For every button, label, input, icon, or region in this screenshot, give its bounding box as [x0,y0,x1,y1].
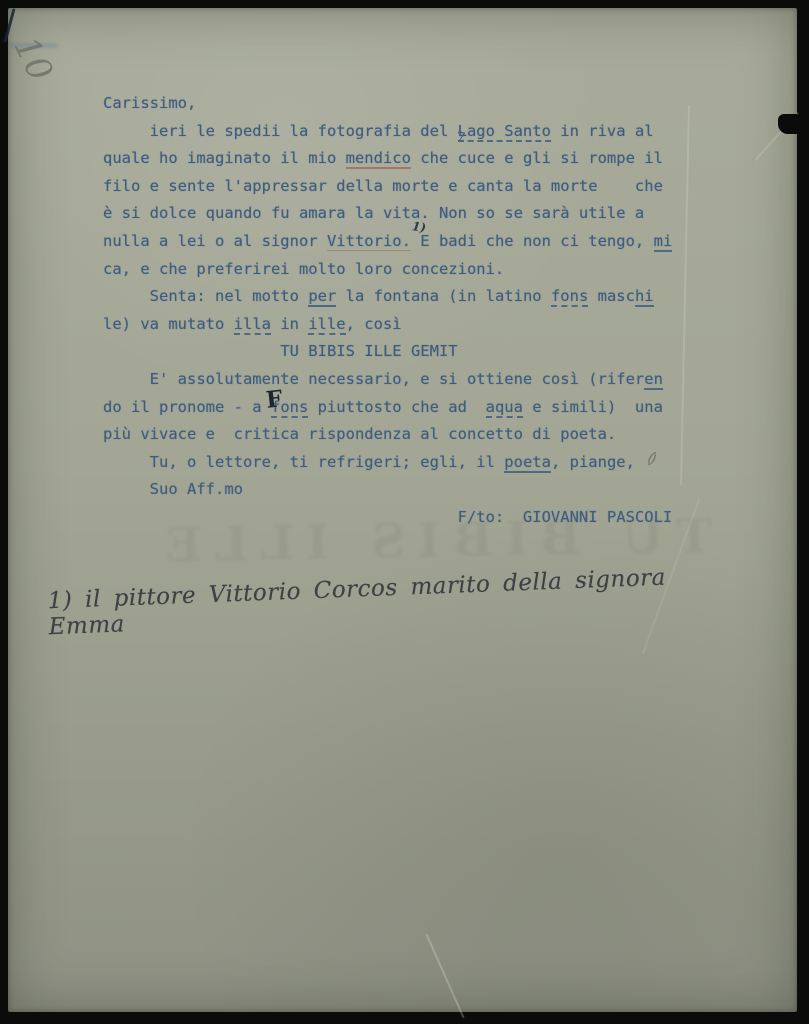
letter-line: quale ho imaginato il mio mendico che cu… [103,145,672,173]
footnote-marker-superscript: 1) [411,219,427,235]
paper-scratch [680,105,689,485]
letter-paper: TU BIBIS ILLE Carissimo, ieri le spedii … [8,8,797,1012]
letter-line: filo e sente l'appressar della morte e c… [103,173,672,201]
typed-letter-body: Carissimo, ieri le spedii la fotografia … [103,90,672,532]
letter-line: più vivace e critica rispondenza al conc… [103,421,672,449]
scanned-letter-page: TU BIBIS ILLE Carissimo, ieri le spedii … [0,0,809,1024]
letter-line: do il pronome - a fons piuttosto che ad … [103,394,672,422]
fons-capital-f-correction: F [265,385,284,414]
letter-line: E' assolutamente necessario, e si ottien… [103,366,672,394]
letter-line: TU BIBIS ILLE GEMIT [103,338,672,366]
letter-line: è si dolce quando fu amara la vita. Non … [103,200,672,228]
ink-smudge [8,43,58,48]
letter-line: Tu, o lettore, ti refrigeri; egli, il po… [103,449,672,477]
letter-line: ca, e che preferirei molto loro concezio… [103,256,672,284]
paper-scratch [425,934,464,1019]
letter-line: Carissimo, [103,90,672,118]
letter-line: ieri le spedii la fotografia del Lago Sa… [103,118,672,146]
letter-line: nulla a lei o al signor Vittorio. E badi… [103,228,672,256]
letter-line: le) va mutato illa in ille, così [103,311,672,339]
letter-line: Senta: nel motto per la fontana (in lati… [103,283,672,311]
letter-line: F/to: GIOVANNI PASCOLI [103,504,672,532]
letter-line: Suo Aff.mo [103,476,672,504]
paper-edge-notch [778,114,797,134]
pencil-page-number: 10 [0,20,72,98]
